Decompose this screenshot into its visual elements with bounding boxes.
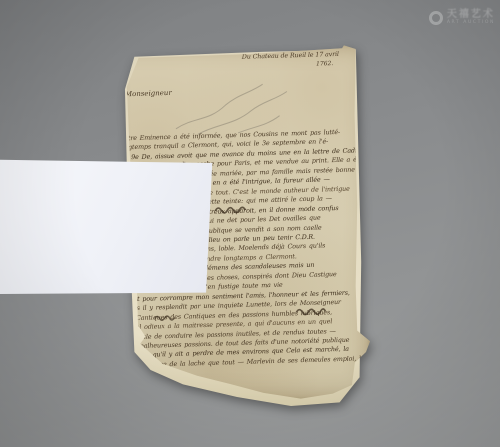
photo-scene: 天禧艺术 ART AUCTION Du Chateau de Rueil le … xyxy=(0,0,500,447)
watermark-latin-text: ART AUCTION xyxy=(447,20,495,26)
ink-scribble xyxy=(295,306,329,316)
white-cover-sheet xyxy=(0,159,214,294)
ink-scribble xyxy=(214,205,250,215)
auction-watermark: 天禧艺术 ART AUCTION xyxy=(429,9,495,26)
letter-dateline-year: 1762. xyxy=(316,60,333,68)
watermark-ring-icon xyxy=(429,11,443,25)
ink-scribble xyxy=(153,314,179,323)
watermark-text-block: 天禧艺术 ART AUCTION xyxy=(447,9,495,26)
watermark-cjk-text: 天禧艺术 xyxy=(447,9,495,20)
letter-salutation: Monseigneur xyxy=(125,89,172,98)
